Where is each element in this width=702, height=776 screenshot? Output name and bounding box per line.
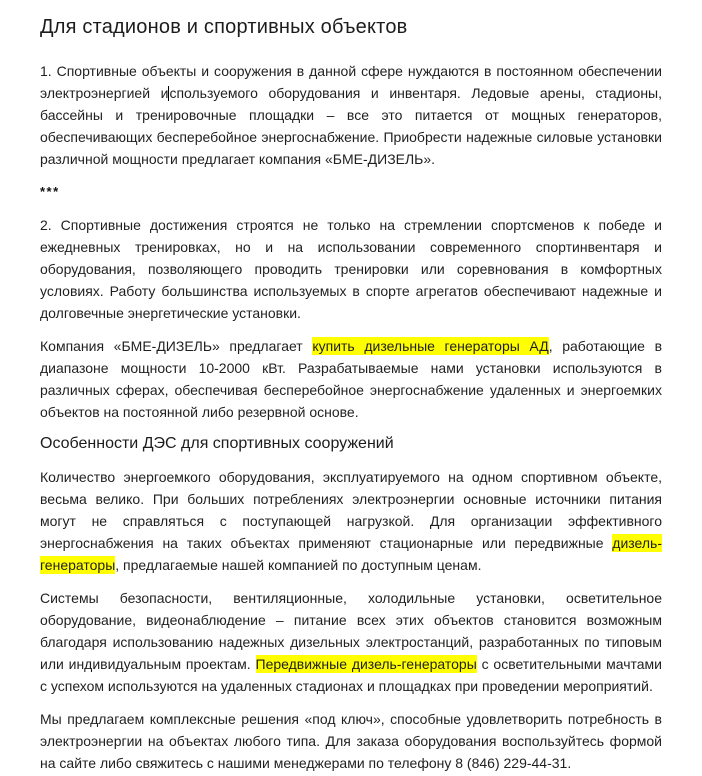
- paragraph-4-text-after: , предлагаемые нашей компанией по доступ…: [115, 557, 481, 573]
- paragraph-4[interactable]: Количество энергоемкого оборудования, эк…: [40, 466, 662, 576]
- paragraph-2[interactable]: 2. Спортивные достижения строятся не тол…: [40, 214, 662, 324]
- document-page: Для стадионов и спортивных объектов 1. С…: [0, 0, 702, 776]
- paragraph-4-text-before: Количество энергоемкого оборудования, эк…: [40, 469, 662, 551]
- document-title[interactable]: Для стадионов и спортивных объектов: [40, 14, 662, 40]
- paragraph-3-text-before: Компания «БМЕ-ДИЗЕЛЬ» предлагает: [40, 338, 312, 354]
- paragraph-1[interactable]: 1. Спортивные объекты и сооружения в дан…: [40, 60, 662, 170]
- highlighted-text-mobile-diesel-generators[interactable]: Передвижные дизель-генераторы: [256, 655, 477, 673]
- section-heading[interactable]: Особенности ДЭС для спортивных сооружени…: [40, 434, 662, 454]
- paragraph-5[interactable]: Системы безопасности, вентиляционные, хо…: [40, 587, 662, 697]
- highlighted-text-buy-diesel-generators[interactable]: купить дизельные генераторы АД: [312, 337, 548, 355]
- paragraph-6[interactable]: Мы предлагаем комплексные решения «под к…: [40, 708, 662, 774]
- separator-asterisks[interactable]: ***: [40, 181, 662, 203]
- paragraph-3[interactable]: Компания «БМЕ-ДИЗЕЛЬ» предлагает купить …: [40, 335, 662, 423]
